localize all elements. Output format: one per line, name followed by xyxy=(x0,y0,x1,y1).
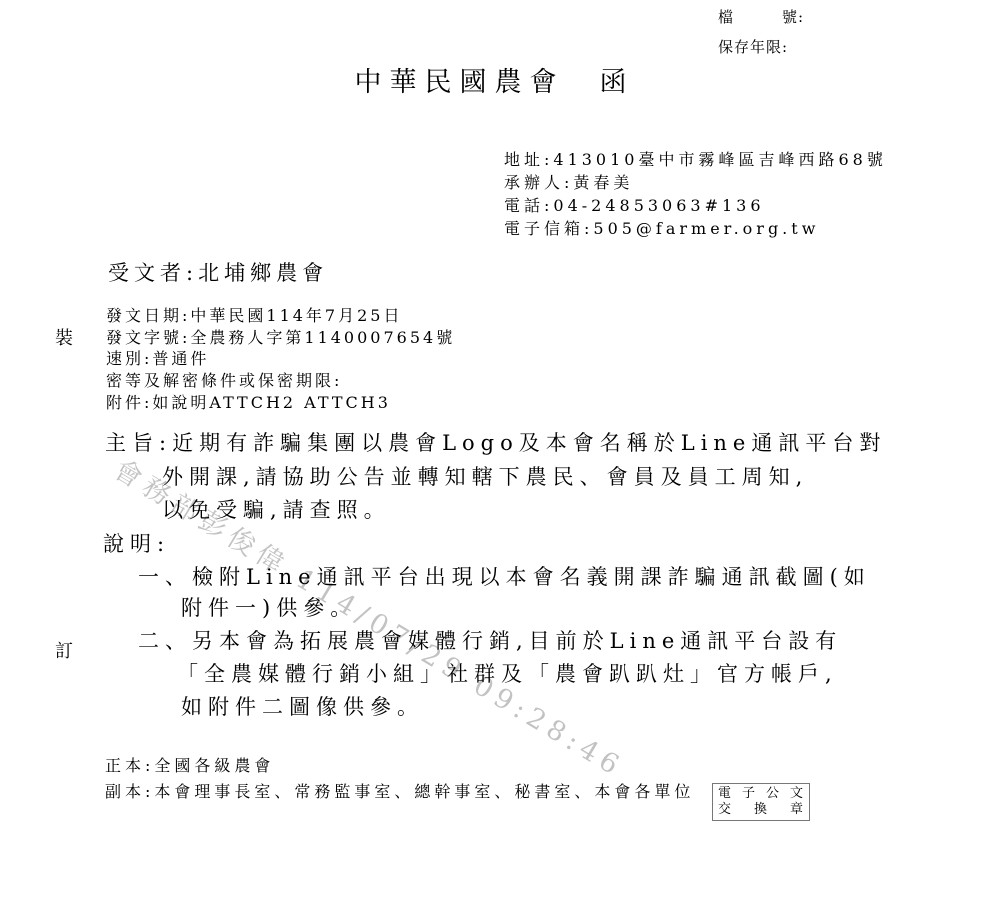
sender-info-block: 地址:413010臺中市霧峰區吉峰西路68號 承辦人:黃春美 電話:04-248… xyxy=(504,148,887,240)
copy-recipients: 副本:本會理事長室、常務監事室、總幹事室、秘書室、本會各單位 xyxy=(105,779,694,805)
description-item1-line-1: 一、檢附Line通訊平台出現以本會名義開課詐騙通訊截圖(如 xyxy=(138,565,871,590)
issue-date: 發文日期:中華民國114年7月25日 xyxy=(106,305,455,327)
subject-line-2: 外開課,請協助公告並轉知轄下農民、會員及員工周知, xyxy=(162,465,808,490)
binding-mark-ding: 訂 xyxy=(55,643,73,661)
electronic-exchange-seal: 電子公文 交換章 xyxy=(712,783,810,821)
security-class: 密等及解密條件或保密期限: xyxy=(106,370,455,392)
retention-period-label: 保存年限: xyxy=(718,32,804,62)
document-meta-block: 發文日期:中華民國114年7月25日 發文字號:全農務人字第1140007654… xyxy=(106,305,455,413)
seal-line-2: 交換章 xyxy=(718,802,804,818)
file-number-block: 檔 號: 保存年限: xyxy=(718,2,804,62)
file-number-label: 檔 號: xyxy=(718,2,804,32)
distribution-block: 正本:全國各級農會 副本:本會理事長室、常務監事室、總幹事室、秘書室、本會各單位 xyxy=(105,753,694,805)
sender-contact-person: 承辦人:黃春美 xyxy=(504,171,887,194)
subject-line-3: 以免受騙,請查照。 xyxy=(162,498,391,523)
description-item2-line-1: 二、另本會為拓展農會媒體行銷,目前於Line通訊平台設有 xyxy=(138,629,842,654)
sender-email: 電子信箱:505@farmer.org.tw xyxy=(504,217,887,240)
description-label: 說明: xyxy=(103,532,170,557)
binding-mark-zhuang: 裝 xyxy=(55,330,73,348)
subject-line-1: 主旨:近期有詐騙集團以農會Logo及本會名稱於Line通訊平台對 xyxy=(105,431,886,456)
document-title: 中華民國農會 函 xyxy=(0,60,989,99)
description-item1-line-2: 附件一)供參。 xyxy=(181,596,357,621)
document-number: 發文字號:全農務人字第1140007654號 xyxy=(106,327,455,349)
recipient-line: 受文者:北埔鄉農會 xyxy=(108,257,328,287)
sender-address: 地址:413010臺中市霧峰區吉峰西路68號 xyxy=(504,148,887,171)
sender-phone: 電話:04-24853063#136 xyxy=(504,194,887,217)
speed-class: 速別:普通件 xyxy=(106,348,455,370)
description-item2-line-2: 「全農媒體行銷小組」社群及「農會趴趴灶」官方帳戶, xyxy=(177,662,838,687)
attachment-note: 附件:如說明ATTCH2 ATTCH3 xyxy=(106,392,455,414)
original-recipients: 正本:全國各級農會 xyxy=(105,753,694,779)
seal-line-1: 電子公文 xyxy=(718,786,804,802)
description-item2-line-3: 如附件二圖像供參。 xyxy=(181,695,424,720)
